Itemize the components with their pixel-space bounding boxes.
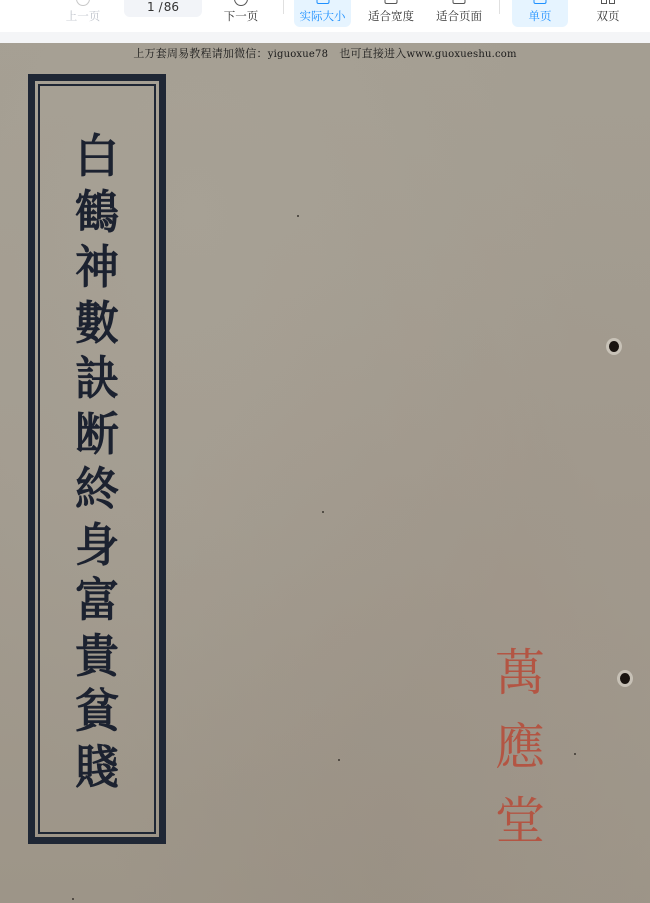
paper-speck <box>322 511 324 513</box>
title-char: 神 <box>75 240 119 296</box>
title-char: 富 <box>75 573 119 629</box>
fit-page-label: 适合页面 <box>436 8 482 27</box>
publisher-char: 萬 <box>495 643 545 703</box>
actual-size-icon <box>316 0 329 4</box>
title-char: 鶴 <box>75 185 119 241</box>
actual-size-button[interactable]: 实际大小 <box>294 0 351 27</box>
actual-size-label: 实际大小 <box>300 8 346 27</box>
watermark-text: 上万套周易教程请加微信：yiguoxue78 也可直接进入www.guoxues… <box>0 45 650 61</box>
current-page-input[interactable]: 1 <box>147 0 155 14</box>
next-page-label: 下一页 <box>224 8 259 27</box>
title-char: 貴 <box>75 629 119 685</box>
double-page-icon <box>601 0 615 4</box>
watermark-site: www.guoxueshu.com <box>406 49 516 60</box>
single-page-label: 单页 <box>529 8 552 27</box>
binding-hole <box>609 341 619 352</box>
toolbar-divider <box>499 0 500 14</box>
paper-speck <box>72 898 74 900</box>
paper-speck <box>338 759 340 761</box>
title-char: 断 <box>75 407 119 463</box>
paper-speck <box>574 753 576 755</box>
fit-page-icon <box>453 0 466 4</box>
prev-page-button[interactable]: 上一页 <box>52 0 114 27</box>
title-char: 貧 <box>75 684 119 740</box>
title-char: 訣 <box>75 351 119 407</box>
fit-width-label: 适合宽度 <box>368 8 414 27</box>
pdf-toolbar: 上一页 1 /86 下一页 实际大小 适合宽度 适合页面 单页 双页 <box>0 0 650 32</box>
page-separator: / <box>159 0 163 14</box>
double-page-button[interactable]: 双页 <box>580 0 636 27</box>
publisher-char: 堂 <box>495 791 545 851</box>
publisher-char: 應 <box>495 717 545 777</box>
watermark-middle: 也可直接进入 <box>339 47 406 60</box>
next-page-button[interactable]: 下一页 <box>210 0 272 27</box>
watermark-wechat-id: yiguoxue78 <box>268 49 328 60</box>
prev-page-label: 上一页 <box>66 8 101 27</box>
toolbar-divider <box>283 0 284 14</box>
title-char: 賤 <box>75 740 119 796</box>
total-pages: 86 <box>164 0 179 14</box>
paper-speck <box>297 215 299 217</box>
fit-width-button[interactable]: 适合宽度 <box>360 0 422 27</box>
title-char: 身 <box>75 518 119 574</box>
publisher-name: 萬 應 堂 <box>495 643 545 851</box>
toolbar-gap <box>0 32 650 43</box>
book-title-frame: 白 鶴 神 數 訣 断 終 身 富 貴 貧 賤 <box>28 74 166 844</box>
page-indicator[interactable]: 1 /86 <box>124 0 202 17</box>
binding-hole <box>620 673 630 684</box>
arrow-down-circle-icon <box>234 0 248 6</box>
single-page-button[interactable]: 单页 <box>512 0 568 27</box>
fit-page-button[interactable]: 适合页面 <box>428 0 490 27</box>
title-char: 白 <box>75 129 119 185</box>
fit-width-icon <box>385 0 398 4</box>
title-char: 數 <box>75 296 119 352</box>
double-page-label: 双页 <box>597 8 620 27</box>
document-viewer[interactable]: 上万套周易教程请加微信：yiguoxue78 也可直接进入www.guoxues… <box>0 43 650 903</box>
arrow-up-circle-icon <box>76 0 90 6</box>
watermark-prefix: 上万套周易教程请加微信： <box>133 47 267 60</box>
title-char: 終 <box>75 462 119 518</box>
book-title: 白 鶴 神 數 訣 断 終 身 富 貴 貧 賤 <box>35 129 159 795</box>
single-page-icon <box>534 0 547 4</box>
